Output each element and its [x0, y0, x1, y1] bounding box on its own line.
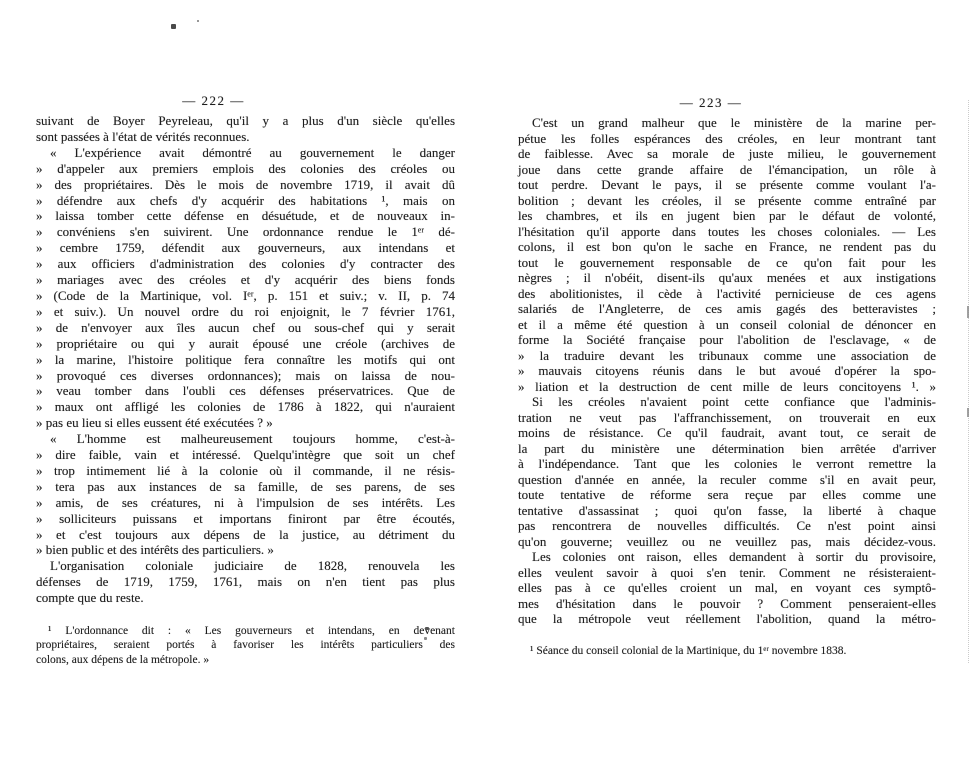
text-line: forme la Société française pour l'abolit…	[518, 332, 936, 348]
text-line: tout le gouvernement responsable de ce q…	[518, 255, 936, 271]
text-line: bolition ; devant les créoles, il se pré…	[518, 193, 936, 209]
text-line: » laissa tomber cette défense en désuétu…	[36, 208, 455, 224]
book-scan: — 222 — suivant de Boyer Peyreleau, qu'i…	[0, 0, 980, 771]
text-line: » provoqué ces diverses ordonnances); ma…	[36, 368, 455, 384]
text-line: moins de résistance. Ce qu'il faudrait, …	[518, 425, 936, 441]
text-line: Les colonies ont raison, elles demandent…	[518, 549, 936, 565]
scan-edge-artifact	[967, 306, 969, 318]
page-223: — 223 — C'est un grand malheur que le mi…	[518, 96, 936, 658]
text-line: tration ne veut pas l'affranchissement, …	[518, 410, 936, 426]
text-line: à l'indépendance. Tant que les colonies …	[518, 456, 936, 472]
text-line: ¹ L'ordonnance dit : « Les gouverneurs e…	[36, 624, 455, 638]
text-line: qu'on gouverne; veuillez ou ne veuillez …	[518, 534, 936, 550]
footnote-right: ¹ Séance du conseil colonial de la Marti…	[518, 644, 936, 658]
text-line: sont passées à l'état de vérités reconnu…	[36, 129, 455, 145]
page-body-left: suivant de Boyer Peyreleau, qu'il y a pl…	[36, 113, 455, 606]
scan-edge-artifact	[967, 408, 969, 417]
ink-speck	[424, 637, 427, 640]
text-line: » d'appeler aux premiers emplois des col…	[36, 161, 455, 177]
text-line: » (Code de la Martinique, vol. Iᵉʳ, p. 1…	[36, 288, 455, 304]
text-line: C'est un grand malheur que le ministère …	[518, 115, 936, 131]
text-line: de faiblesse. Avec sa morale de juste mi…	[518, 146, 936, 162]
text-line: les chambres, et ils en jugent bien par …	[518, 208, 936, 224]
ink-speck	[425, 627, 429, 630]
text-line: propriétaires, seraient portés à favoris…	[36, 638, 455, 652]
text-line: tentative d'assassinat ; quoi qu'on fass…	[518, 503, 936, 519]
text-line: » veau tomber dans l'oubli ces défenses …	[36, 383, 455, 399]
text-line: » propriétaire ou qui y aurait épousé un…	[36, 336, 455, 352]
scan-edge-artifact	[968, 100, 969, 663]
text-line: » la traduire devant les tribunaux comme…	[518, 348, 936, 364]
page-number-left: — 222 —	[4, 94, 423, 113]
text-line: pas rencontrera de nouvelles difficultés…	[518, 518, 936, 534]
text-line: » de n'envoyer aux îles aucun chef ou so…	[36, 320, 455, 336]
text-line: » bien public et des intérêts des partic…	[36, 542, 455, 558]
text-line: » aux officiers d'administration des col…	[36, 256, 455, 272]
page-number-right: — 223 —	[502, 96, 920, 115]
text-line: » dire faible, vain et intéressé. Quelqu…	[36, 447, 455, 463]
text-line: des abolitionistes, il cède à l'activité…	[518, 286, 936, 302]
text-line: » mariages avec des créoles et d'y acqué…	[36, 272, 455, 288]
text-line: joue dans cette grande affaire de l'éman…	[518, 162, 936, 178]
text-line: la part du ministère une détermination b…	[518, 441, 936, 457]
text-line: » la marine, l'histoire politique fera c…	[36, 352, 455, 368]
text-line: » tera pas aux instances de sa famille, …	[36, 479, 455, 495]
text-line: compte que du reste.	[36, 590, 455, 606]
text-line: colons, il est bon qu'on le sache en Fra…	[518, 239, 936, 255]
text-line: » mauvais citoyens réunis dans le but av…	[518, 363, 936, 379]
text-line: « L'homme est malheureusement toujours h…	[36, 431, 455, 447]
text-line: elles veulent savoir à quoi s'en tenir. …	[518, 565, 936, 581]
text-line: nègres ; il n'obéit, disent-ils qu'aux m…	[518, 270, 936, 286]
text-line: Si les créoles n'avaient point cette con…	[518, 394, 936, 410]
text-line: colons, aux dépens de la métropole. »	[36, 653, 455, 667]
ink-speck	[171, 24, 176, 29]
page-222: — 222 — suivant de Boyer Peyreleau, qu'i…	[36, 94, 455, 667]
text-line: « L'expérience avait démontré au gouvern…	[36, 145, 455, 161]
text-line: L'organisation coloniale judiciaire de 1…	[36, 558, 455, 574]
text-line: question d'année en année, la reculer co…	[518, 472, 936, 488]
text-line: » et suiv.). Un nouvel ordre du roi enjo…	[36, 304, 455, 320]
text-line: défenses de 1719, 1759, 1761, mais on n'…	[36, 574, 455, 590]
text-line: » et c'est toujours aux dépens de la jus…	[36, 527, 455, 543]
text-line: tout perdre. Devant le pays, il se prése…	[518, 177, 936, 193]
text-line: » convéniens s'en suivirent. Une ordonna…	[36, 224, 455, 240]
footnote-left: ¹ L'ordonnance dit : « Les gouverneurs e…	[36, 624, 455, 667]
text-line: » maux ont affligé les colonies de 1786 …	[36, 399, 455, 415]
text-line: » amis, de ses créatures, ni à l'impulsi…	[36, 495, 455, 511]
text-line: l'hésitation qu'il apporte dans toutes l…	[518, 224, 936, 240]
text-line: salariés de l'Angleterre, de ces amis ga…	[518, 301, 936, 317]
text-line: » trop intimement lié à la colonie où il…	[36, 463, 455, 479]
text-line: » solliciteurs puissans et importans fin…	[36, 511, 455, 527]
page-body-right: C'est un grand malheur que le ministère …	[518, 115, 936, 627]
text-line: » liation et la destruction de cent mill…	[518, 379, 936, 395]
text-line: suivant de Boyer Peyreleau, qu'il y a pl…	[36, 113, 455, 129]
text-line: » pas eu lieu si elles eussent été exécu…	[36, 415, 455, 431]
text-line: que la métropole veut réellement l'aboli…	[518, 611, 936, 627]
text-line: » défendre aux chefs d'y acquérir des ha…	[36, 193, 455, 209]
text-line: mes d'hésitation dans le pouvoir ? Comme…	[518, 596, 936, 612]
text-line: ¹ Séance du conseil colonial de la Marti…	[518, 644, 936, 658]
text-line: » cembre 1759, défendit aux gouverneurs,…	[36, 240, 455, 256]
text-line: toute tentative de réforme sera reçue pa…	[518, 487, 936, 503]
text-line: et il a même été question à un conseil c…	[518, 317, 936, 333]
text-line: pétue les folles espérances des créoles,…	[518, 131, 936, 147]
ink-speck	[197, 20, 199, 22]
text-line: » des propriétaires. Dès le mois de nove…	[36, 177, 455, 193]
text-line: elles pas à ce qu'elles croient un mal, …	[518, 580, 936, 596]
